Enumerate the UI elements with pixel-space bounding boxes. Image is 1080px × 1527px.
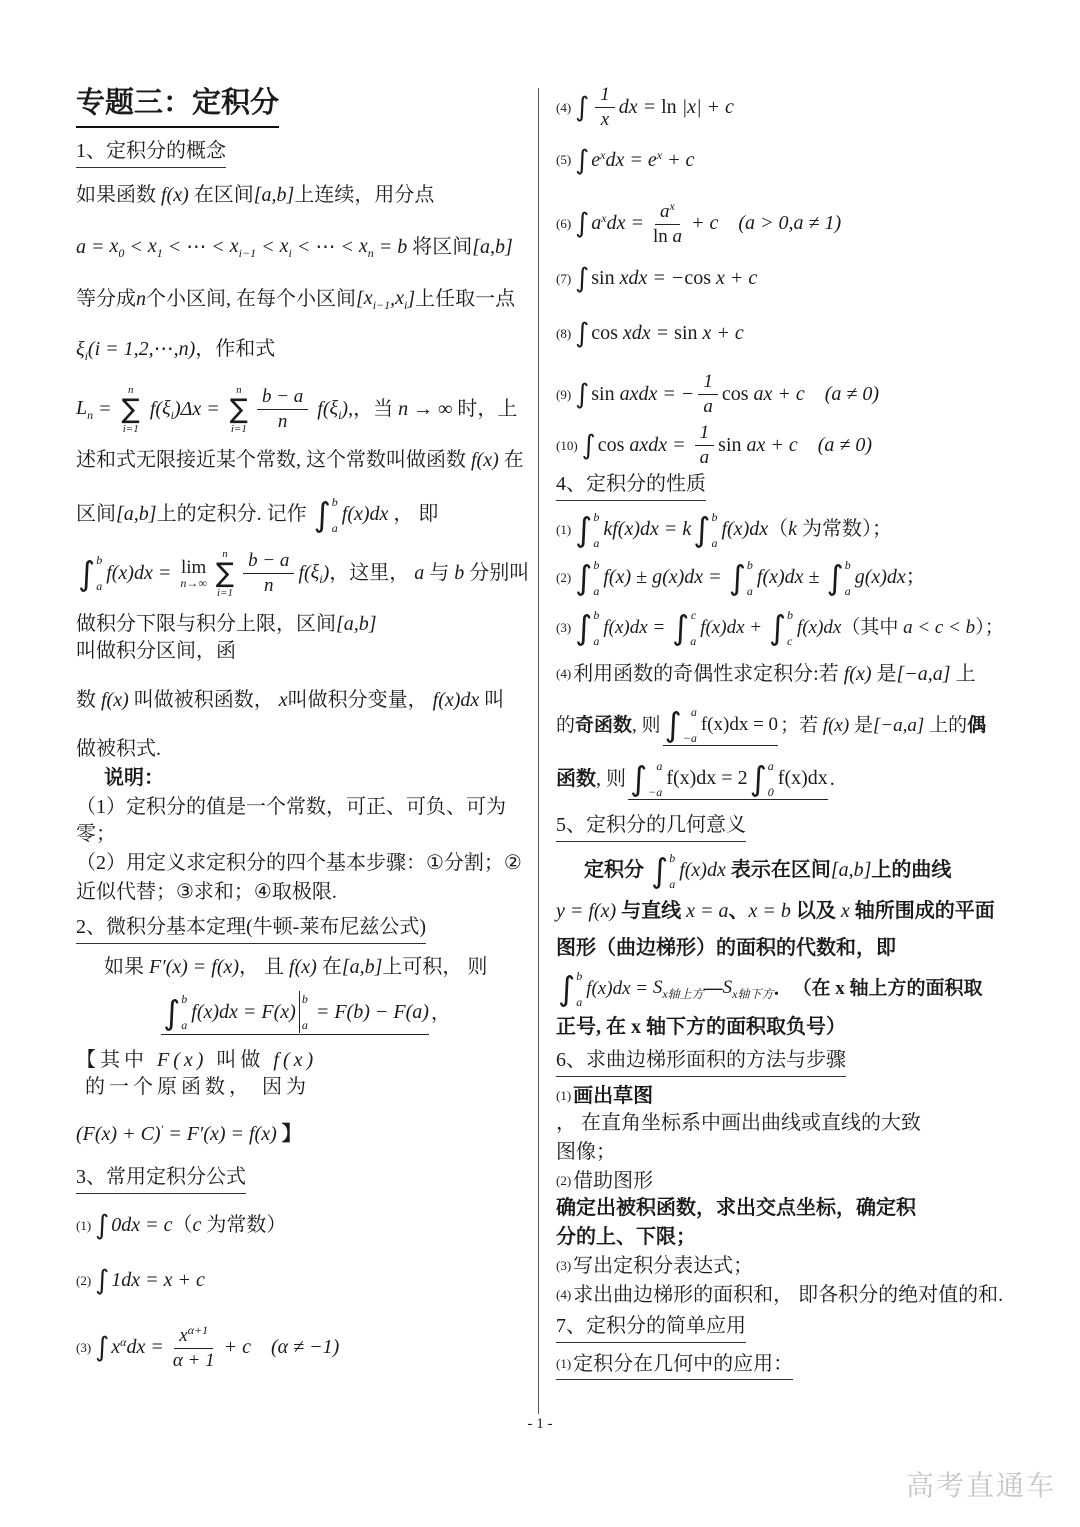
section-1-heading: 1、定积分的概念 [76,138,534,168]
formula-line: (1)∫bakf(x)dx = k∫baf(x)dx（k 为常数）； [556,511,1010,549]
formula-line: (1)∫0dx = c（c 为常数） [76,1212,534,1239]
text-line: 述和式无限接近某个常数, 这个常数叫做函数 f(x) 在 [76,447,534,474]
formula-line: (8)∫cos xdx = sin x + c [556,320,1010,347]
text-line: (1)定积分在几何中的应用： [556,1351,1010,1380]
section-6-heading: 6、求曲边梯形面积的方法与步骤 [556,1047,1010,1077]
text-line: (4)利用函数的奇偶性求定积分:若 f(x) 是[−a,a] 上 [556,661,1010,688]
formula-line: Ln = n∑i=1 f(ξi)Δx = n∑i=1b − an f(ξi),，… [76,384,534,435]
text-line: 图形（曲边梯形）的面积的代数和，即 [556,935,1010,962]
text-line: 如果函数 f(x) 在区间[a,b]上连续，用分点 [76,182,534,209]
formula-line: a = x0 < x1 < ⋯ < xi−1 < xi < ⋯ < xn = b… [76,233,534,261]
text-line: 做被积式. [76,736,534,763]
formula-line: (7)∫sin xdx = −cos x + c [556,265,1010,292]
text-line: (4)求出曲边梯形的面积和， 即各积分的绝对值的和. [556,1282,1010,1309]
text-line: 【其中 F(x) 叫做 f(x) 的一个原函数， 因为 [76,1047,534,1101]
text-line: 近似代替；③求和；④取极限. [76,879,534,906]
text-line: （2）用定义求定积分的四个基本步骤：①分割；② [76,850,534,877]
left-column: 专题三：定积分1、定积分的概念如果函数 f(x) 在区间[a,b]上连续，用分点… [76,84,534,1372]
formula-line: (2)∫baf(x) ± g(x)dx = ∫baf(x)dx ± ∫bag(x… [556,559,1010,597]
formula-line: (6)∫axdx = axln a + c (a > 0,a ≠ 1) [556,200,1010,248]
formula-line: (3)∫baf(x)dx = ∫caf(x)dx + ∫bcf(x)dx（其中 … [556,609,1010,647]
section-5-heading: 5、定积分的几何意义 [556,812,1010,842]
formula-line: (3)∫xαdx = xα+1α + 1 + c (α ≠ −1) [76,1324,534,1372]
text-line: 正号, 在 x 轴下方的面积取负号） [556,1014,1010,1041]
text-line: (3)写出定积分表达式； [556,1253,1010,1280]
text-line: 如果 F′(x) = f(x)， 且 f(x) 在[a,b]上可积， 则 [76,954,534,981]
text-line: 等分成n个小区间, 在每个小区间[xi−1,xi]上任取一点 [76,285,534,313]
text-line: 说明： [76,765,534,792]
document-page: 专题三：定积分1、定积分的概念如果函数 f(x) 在区间[a,b]上连续，用分点… [0,0,1080,1527]
formula-line: (5)∫exdx = ex + c [556,147,1010,174]
watermark: 高考直通车 [906,1464,1056,1504]
text-line: 图像； [556,1139,1010,1166]
formula-line: ξi(i = 1,2,⋯,n)，作和式 [76,336,534,364]
formula-line: (2)∫1dx = x + c [76,1267,534,1294]
formula-line: ∫baf(x)dx = F(x)ba = F(b) − F(a)， [76,991,534,1035]
text-line: （1）定积分的值是一个常数，可正、可负、可为零； [76,794,534,848]
text-line: (2)借助图形确定出被积函数，求出交点坐标，确定积 [556,1168,1010,1222]
section-4-heading: 4、定积分的性质 [556,471,1010,501]
page-title: 专题三：定积分 [76,84,534,128]
section-2-heading: 2、微积分基本定理(牛顿-莱布尼兹公式) [76,914,534,944]
formula-line: (10)∫cos axdx = 1asin ax + c (a ≠ 0) [556,422,1010,469]
formula-line: (F(x) + C)′ = F′(x) = f(x) 】 [76,1121,534,1148]
text-line: 函数, 则∫a−af(x)dx = 2∫a0f(x)dx. [556,760,1010,800]
text-line: (1)画出草图， 在直角坐标系中画出曲线或直线的大致 [556,1083,1010,1137]
page-number: - 1 - [0,1416,1080,1433]
section-3-heading: 3、常用定积分公式 [76,1164,534,1194]
text-line: 数 f(x) 叫做被积函数， x叫做积分变量， f(x)dx 叫 [76,687,534,714]
column-divider [538,88,539,1414]
text-line: 分的上、下限； [556,1224,1010,1251]
text-line: 做积分下限与积分上限，区间[a,b]叫做积分区间，函 [76,611,534,665]
formula-line: (4)∫1xdx = ln |x| + c [556,84,1010,131]
section-7-heading: 7、定积分的简单应用 [556,1313,1010,1343]
formula-line: ∫baf(x)dx = limn→∞n∑i=1b − anf(ξi)，这里， a… [76,548,534,599]
text-line: 区间[a,b]上的定积分. 记作 ∫baf(x)dx ， 即 [76,496,534,534]
text-line: 的奇函数, 则∫a−af(x)dx = 0；若 f(x) 是[−a,a] 上的偶 [556,706,1010,746]
formula-line: (9)∫sin axdx = −1acos ax + c (a ≠ 0) [556,371,1010,418]
text-line: y = f(x) 与直线 x = a、x = b 以及 x 轴所围成的平面 [556,898,1010,925]
text-line: 定积分 ∫baf(x)dx 表示在区间[a,b]上的曲线 [556,852,1010,890]
right-column: (4)∫1xdx = ln |x| + c(5)∫exdx = ex + c(6… [556,84,1010,1380]
formula-line: ∫baf(x)dx = Sx轴上方—Sx轴下方．（在 x 轴上方的面积取 [556,970,1010,1008]
